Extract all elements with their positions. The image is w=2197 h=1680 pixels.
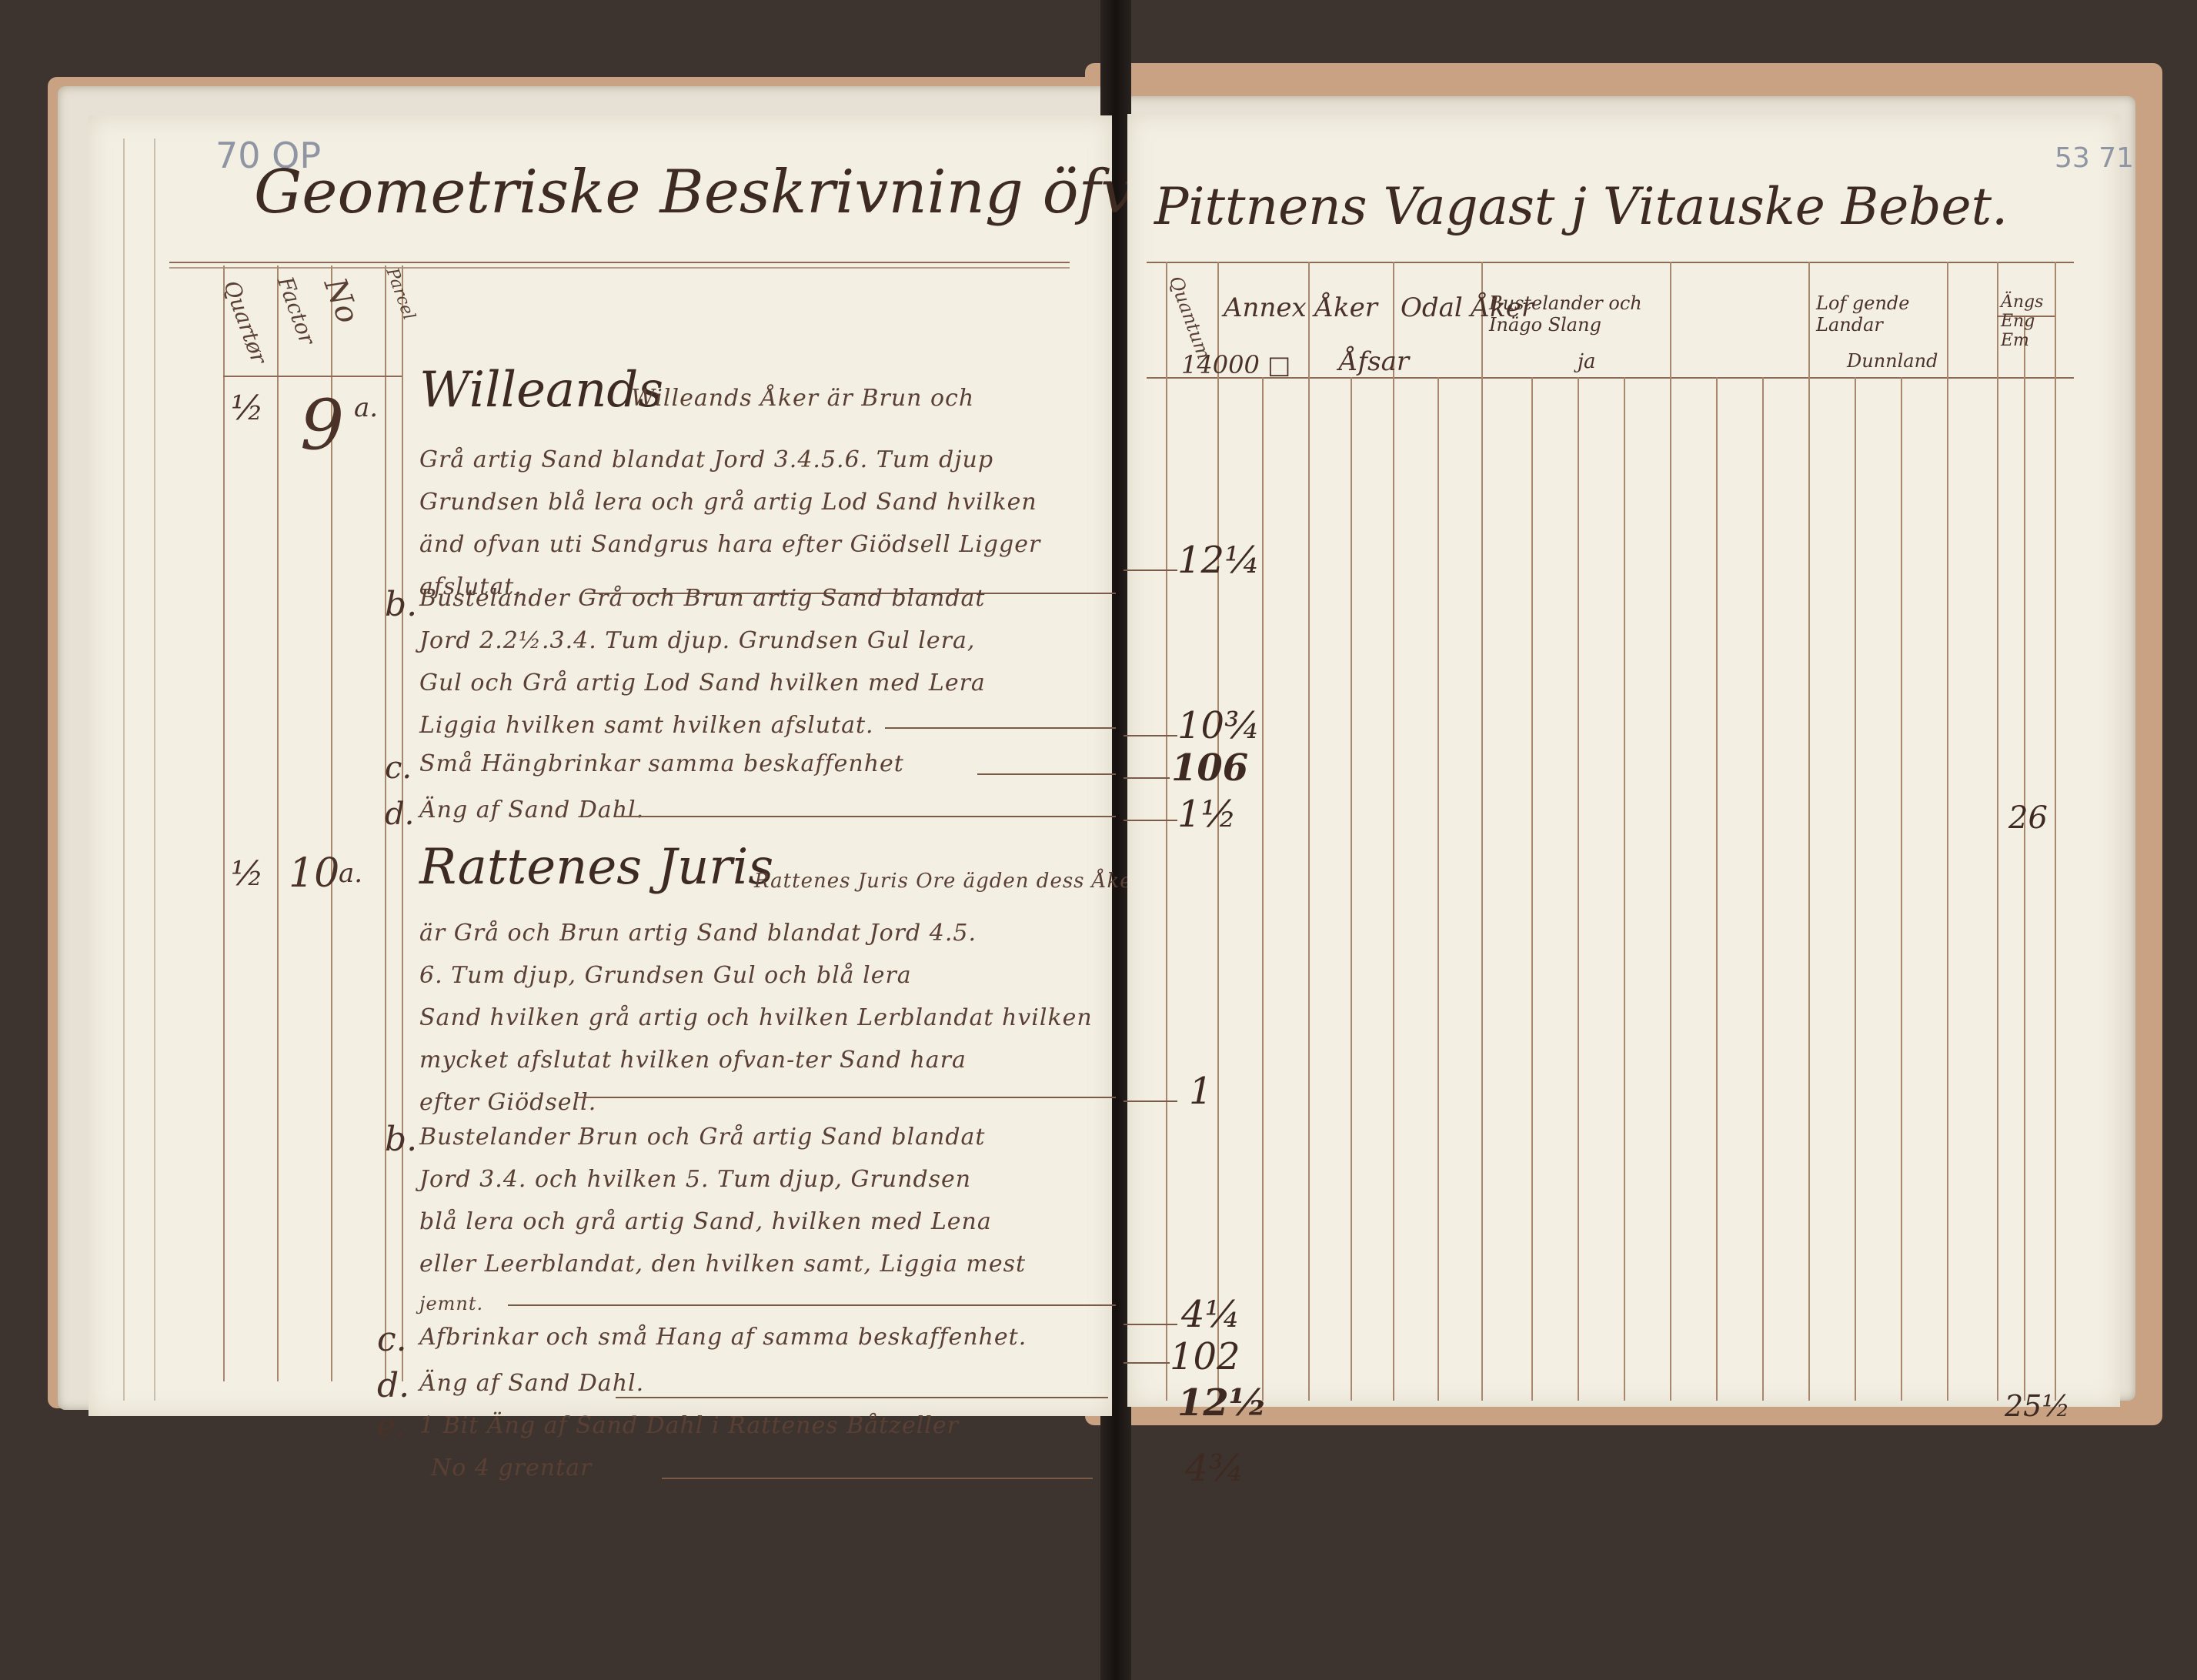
pencil-page-number: 53 71 [2055,142,2134,174]
header-divider [223,376,402,377]
entry-10a-letter: a. [339,858,362,889]
entry-9b-line: Gul och Grå artig Lod Sand hvilken med L… [419,670,986,696]
entry-9-number: 9 [300,385,344,466]
quantum-value-10b: 4¼ [1181,1293,1240,1336]
entry-10a-line: mycket afslutat hvilken ofvan-ter Sand h… [419,1047,967,1074]
column-header-lof-landar: Lof gende Landar [1816,292,1947,336]
entry-10a-line: 6. Tum djup, Grundsen Gul och blå lera [419,962,912,989]
angs-value-10d: 25½ [2005,1389,2070,1423]
ja-label: ja [1578,350,1596,373]
quantum-value-10e: 4¾ [1185,1447,1244,1490]
entry-10b-line: jemnt. [419,1293,483,1314]
entry-9b-line: Jord 2.2½.3.4. Tum djup. Grundsen Gul le… [419,627,975,654]
quantum-value-10d: 12½ [1177,1381,1267,1424]
entry-10-fraction: ½ [231,854,264,893]
entry-10c-line: Afbrinkar och små Hang af samma beskaffe… [419,1324,1027,1351]
quantum-value-10c: 102 [1170,1335,1240,1378]
entry-9-fraction: ½ [231,389,264,428]
entry-10-number: 10 [289,850,339,897]
entry-9a-letter: a. [354,392,378,423]
entry-10a-line: är Grå och Brun artig Sand blandat Jord … [419,920,977,947]
entry-9b-letter: b. [385,585,417,624]
entry-9b-line: Bustelander Grå och Brun artig Sand blan… [419,585,986,612]
angs-value-9d: 26 [2008,800,2048,836]
quantum-value-10a: 1 [1189,1070,1213,1113]
column-note: Dunnland [1847,350,1938,372]
entry-10c-letter: c. [377,1320,407,1359]
unit-label: Åfsar [1339,346,1409,377]
entry-9a-line: Grå artig Sand blandat Jord 3.4.5.6. Tum… [419,446,993,473]
entry-9-heading: Willeands [419,362,663,419]
entry-10b-line: blå lera och grå artig Sand, hvilken med… [419,1208,992,1235]
entry-10e-letter: e. [377,1408,405,1444]
entry-10-heading: Rattenes Juris [419,839,773,896]
entry-10a-line: Rattenes Juris Ore ägden dess Åker [754,870,1143,893]
entry-9c-letter: c. [385,750,412,786]
entry-9a-line: Grundsen blå lera och grå artig Lod Sand… [419,489,1037,516]
quantum-value-9c: 106 [1171,746,1248,790]
quantum-value-9b: 10¾ [1177,704,1260,747]
entry-10d-line: Äng af Sand Dahl. [419,1370,644,1397]
entry-9d-letter: d. [385,797,414,832]
column-header-angs: Ängs Eng Em [2001,292,2055,350]
entry-10a-line: Sand hvilken grå artig och hvilken Lerbl… [419,1004,1093,1031]
area-unit-label: 14000 □ [1181,350,1290,379]
entry-10b-line: eller Leerblandat, den hvilken samt, Lig… [419,1251,1026,1278]
entry-10e-line: No 4 grentar [431,1455,592,1481]
entry-9c-line: Små Hängbrinkar samma beskaffenhet [419,750,904,777]
entry-9d-line: Äng af Sand Dahl. [419,797,644,823]
entry-10b-line: Bustelander Brun och Grå artig Sand blan… [419,1124,986,1151]
column-header-bustelander: Bustelander och Inägo Slang [1489,292,1666,336]
left-page-title: Geometriske Beskrivning öfver [254,158,1199,227]
entry-10a-line: efter Giödsell. [419,1089,596,1116]
entry-9a-line: änd ofvan uti Sandgrus hara efter Giödse… [419,531,1040,558]
quantum-value-9d: 1½ [1177,793,1237,836]
column-header-annex-aker: Annex Åker [1224,292,1377,323]
title-underline [169,262,1070,263]
entry-10b-line: Jord 3.4. och hvilken 5. Tum djup, Grund… [419,1166,971,1193]
entry-9a-line: Willeands Åker är Brun och [631,385,974,412]
right-header-rule [1147,262,2074,263]
right-page-title: Pittnens Vagast j Vitauske Bebet. [1154,177,2008,236]
entry-9b-line: Liggia hvilken samt hvilken afslutat. [419,712,874,739]
entry-10d-letter: d. [377,1366,409,1405]
entry-10e-line: 1 Bit Äng af Sand Dahl i Rattenes Båtzel… [419,1412,959,1439]
entry-10b-letter: b. [385,1120,417,1159]
quantum-value-9a: 12¼ [1177,539,1260,582]
